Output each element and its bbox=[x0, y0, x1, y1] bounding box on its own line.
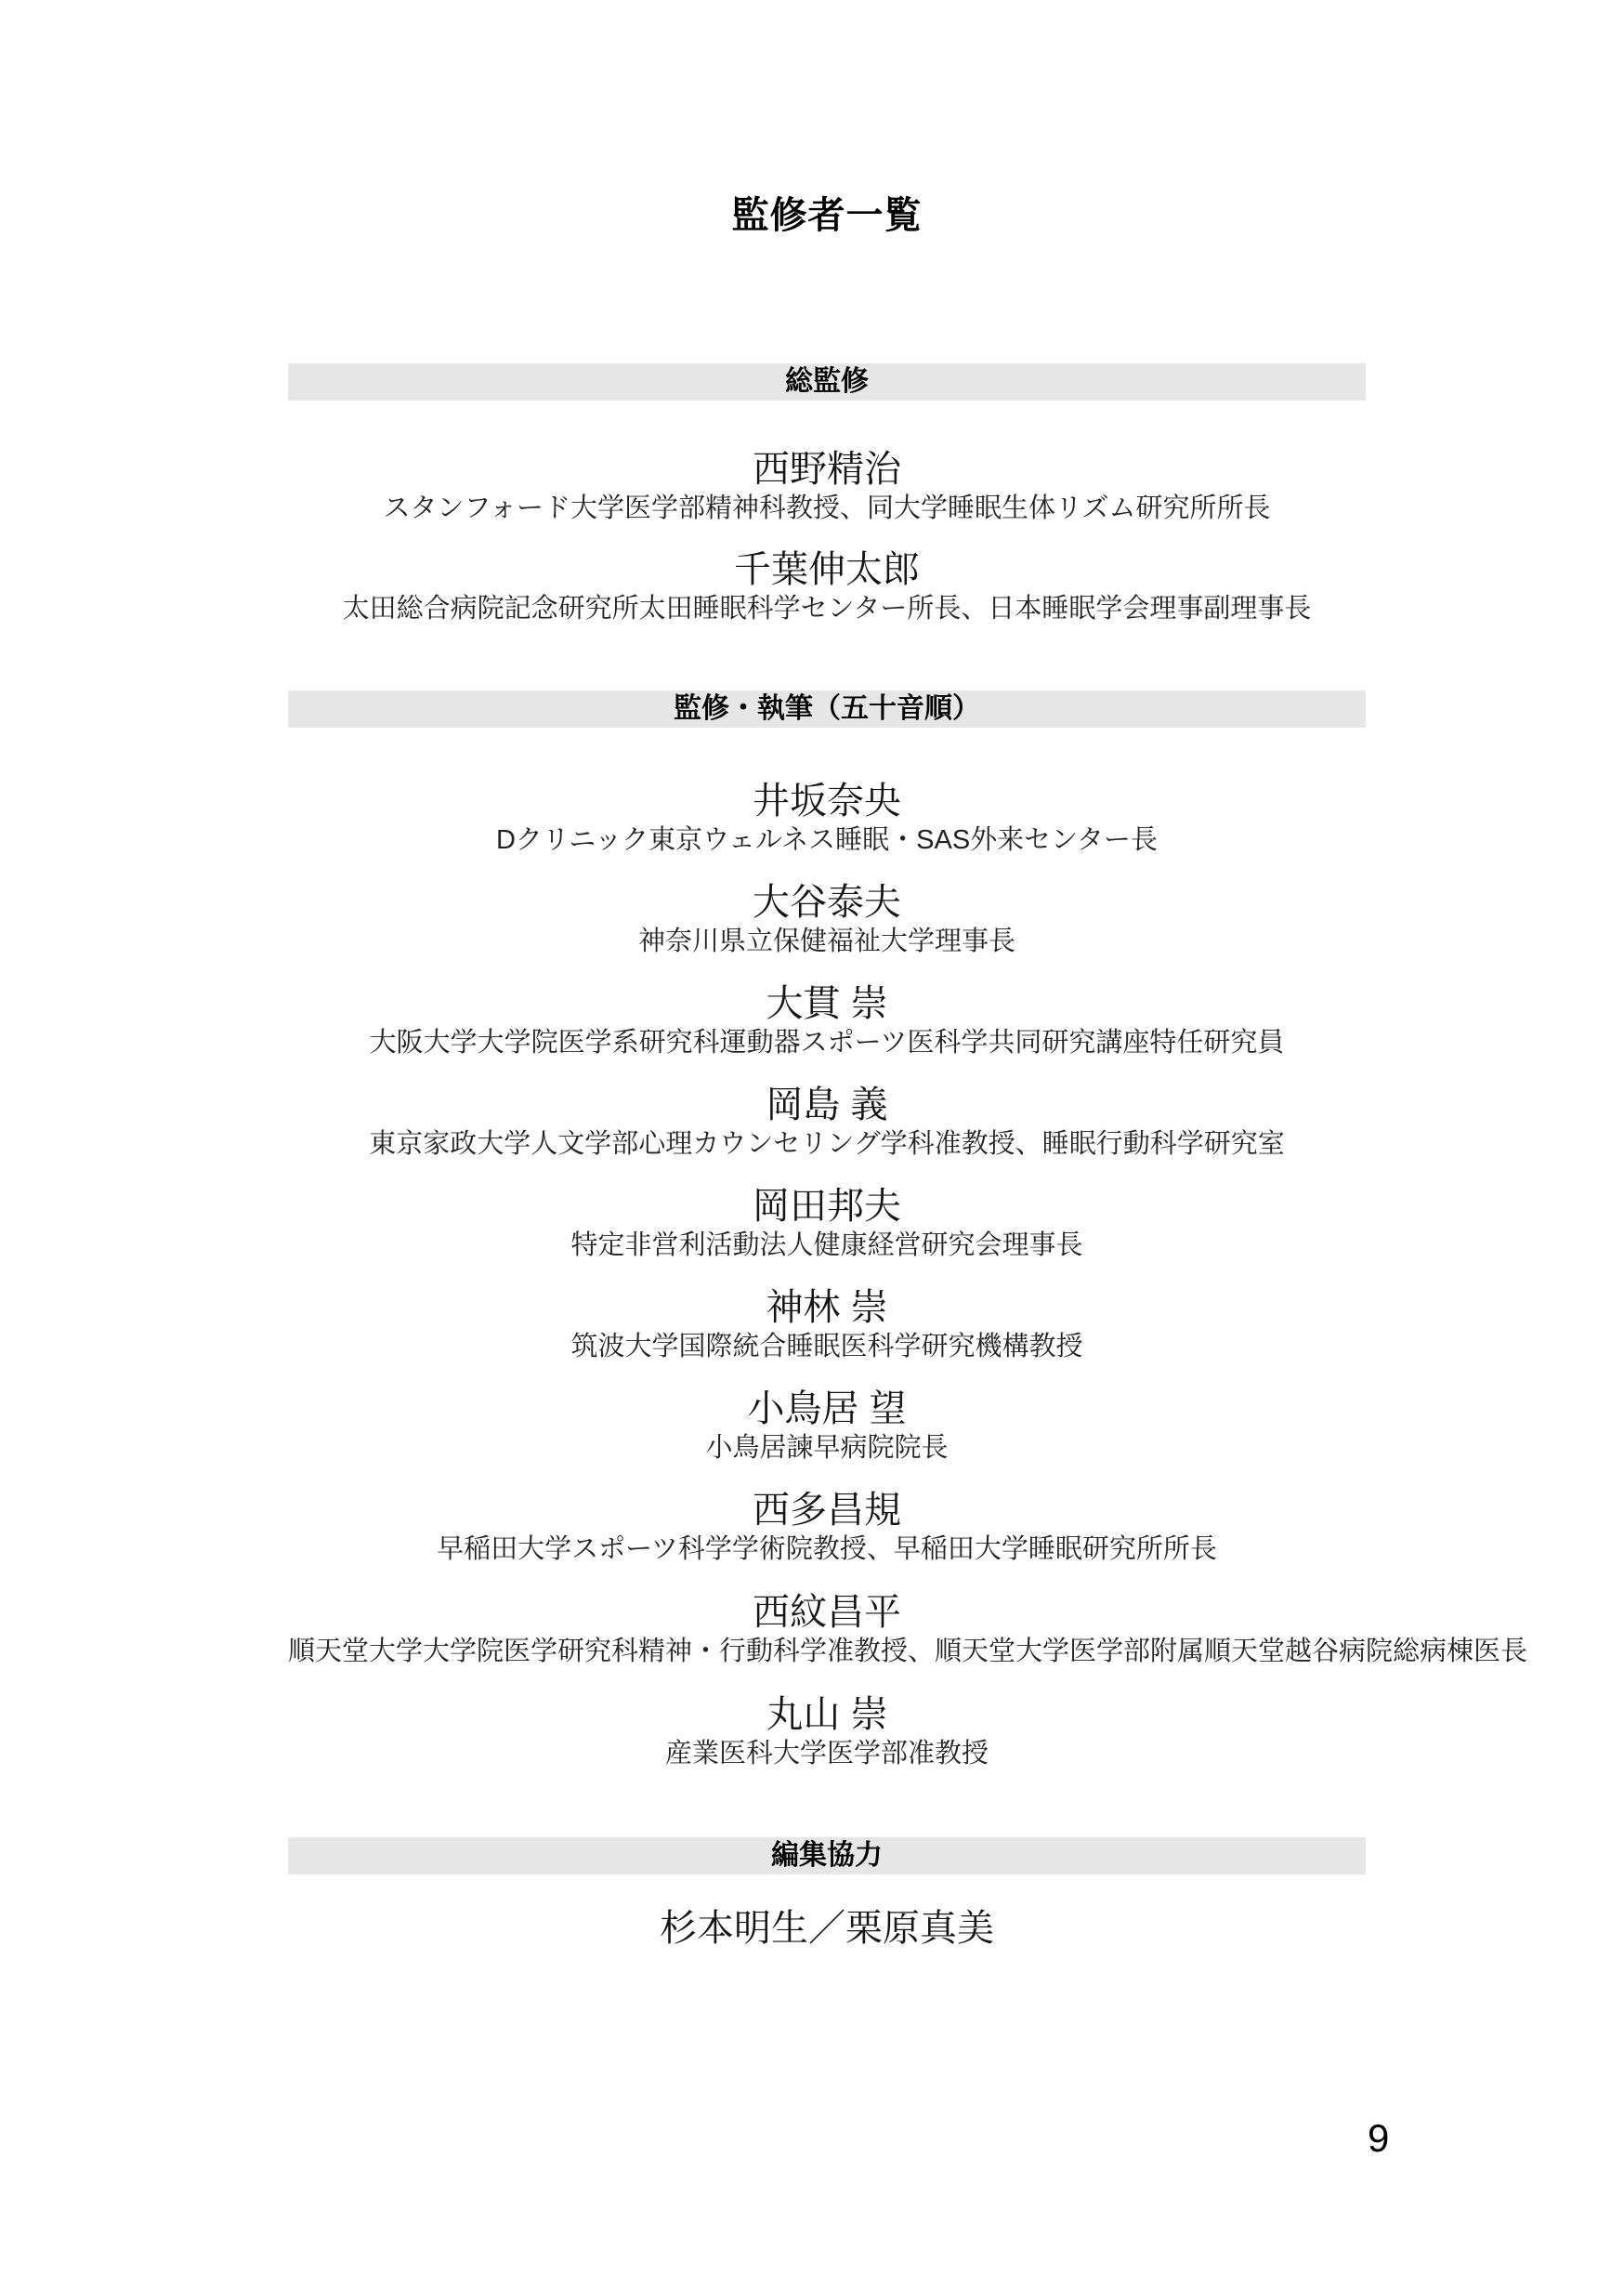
member-name: 大貫 崇 bbox=[288, 983, 1366, 1024]
member-entry: 岡島 義 東京家政大学人文学部心理カウンセリング学科准教授、睡眠行動科学研究室 bbox=[288, 1085, 1366, 1160]
member-affiliation: 順天堂大学大学院医学研究科精神・行動科学准教授、順天堂大学医学部附属順天堂越谷病… bbox=[288, 1636, 1366, 1667]
member-affiliation: 産業医科大学医学部准教授 bbox=[288, 1738, 1366, 1769]
member-affiliation: 筑波大学国際統合睡眠医科学研究機構教授 bbox=[288, 1331, 1366, 1362]
member-entry: 西紋昌平 順天堂大学大学院医学研究科精神・行動科学准教授、順天堂大学医学部附属順… bbox=[288, 1592, 1366, 1667]
member-name: 西多昌規 bbox=[288, 1490, 1366, 1531]
member-entry: 千葉伸太郎 太田総合病院記念研究所太田睡眠科学センター所長、日本睡眠学会理事副理… bbox=[288, 549, 1366, 625]
member-affiliation: 大阪大学大学院医学系研究科運動器スポーツ医科学共同研究講座特任研究員 bbox=[288, 1027, 1366, 1059]
section-header-band-editorial-cooperation: 編集協力 bbox=[288, 1837, 1366, 1874]
member-entry: 小鳥居 望 小鳥居諫早病院院長 bbox=[288, 1388, 1366, 1464]
page-title: 監修者一覧 bbox=[288, 195, 1366, 236]
member-affiliation: 早稲田大学スポーツ科学学術院教授、早稲田大学睡眠研究所所長 bbox=[288, 1533, 1366, 1565]
member-name: 小鳥居 望 bbox=[288, 1388, 1366, 1429]
member-entry: 大貫 崇 大阪大学大学院医学系研究科運動器スポーツ医科学共同研究講座特任研究員 bbox=[288, 983, 1366, 1059]
member-entry: 大谷泰夫 神奈川県立保健福祉大学理事長 bbox=[288, 882, 1366, 957]
member-name: 西紋昌平 bbox=[288, 1592, 1366, 1633]
member-affiliation: 小鳥居諫早病院院長 bbox=[288, 1432, 1366, 1464]
member-name: 杉本明生／栗原真美 bbox=[288, 1908, 1366, 1949]
document-page: 監修者一覧 総監修 西野精治 スタンフォード大学医学部精神科教授、同大学睡眠生体… bbox=[0, 0, 1624, 2275]
member-name: 丸山 崇 bbox=[288, 1694, 1366, 1735]
member-name: 神林 崇 bbox=[288, 1287, 1366, 1328]
member-name: 井坂奈央 bbox=[288, 781, 1366, 822]
section-header-band-supervision-writing: 監修・執筆（五十音順） bbox=[288, 690, 1366, 728]
member-entry: 井坂奈央 Dクリニック東京ウェルネス睡眠・SAS外来センター長 bbox=[288, 781, 1366, 856]
member-name: 岡島 義 bbox=[288, 1085, 1366, 1125]
member-entry: 岡田邦夫 特定非営利活動法人健康経営研究会理事長 bbox=[288, 1186, 1366, 1261]
section-header-band-general-supervision: 総監修 bbox=[288, 363, 1366, 401]
member-affiliation: スタンフォード大学医学部精神科教授、同大学睡眠生体リズム研究所所長 bbox=[288, 493, 1366, 524]
section-header-label: 編集協力 bbox=[771, 1837, 883, 1874]
member-affiliation: 東京家政大学人文学部心理カウンセリング学科准教授、睡眠行動科学研究室 bbox=[288, 1128, 1366, 1160]
member-entry: 神林 崇 筑波大学国際統合睡眠医科学研究機構教授 bbox=[288, 1287, 1366, 1362]
member-name: 西野精治 bbox=[288, 449, 1366, 490]
member-entry: 杉本明生／栗原真美 bbox=[288, 1908, 1366, 1949]
member-entry: 丸山 崇 産業医科大学医学部准教授 bbox=[288, 1694, 1366, 1769]
member-entry: 西野精治 スタンフォード大学医学部精神科教授、同大学睡眠生体リズム研究所所長 bbox=[288, 449, 1366, 524]
member-name: 千葉伸太郎 bbox=[288, 549, 1366, 590]
member-affiliation: Dクリニック東京ウェルネス睡眠・SAS外来センター長 bbox=[288, 824, 1366, 856]
section-header-label: 総監修 bbox=[785, 363, 869, 401]
member-entry: 西多昌規 早稲田大学スポーツ科学学術院教授、早稲田大学睡眠研究所所長 bbox=[288, 1490, 1366, 1565]
member-name: 大谷泰夫 bbox=[288, 882, 1366, 923]
section-header-label: 監修・執筆（五十音順） bbox=[674, 690, 980, 728]
member-affiliation: 太田総合病院記念研究所太田睡眠科学センター所長、日本睡眠学会理事副理事長 bbox=[288, 593, 1366, 625]
page-number: 9 bbox=[1368, 2117, 1389, 2160]
member-name: 岡田邦夫 bbox=[288, 1186, 1366, 1227]
member-affiliation: 特定非営利活動法人健康経営研究会理事長 bbox=[288, 1230, 1366, 1261]
member-affiliation: 神奈川県立保健福祉大学理事長 bbox=[288, 926, 1366, 957]
